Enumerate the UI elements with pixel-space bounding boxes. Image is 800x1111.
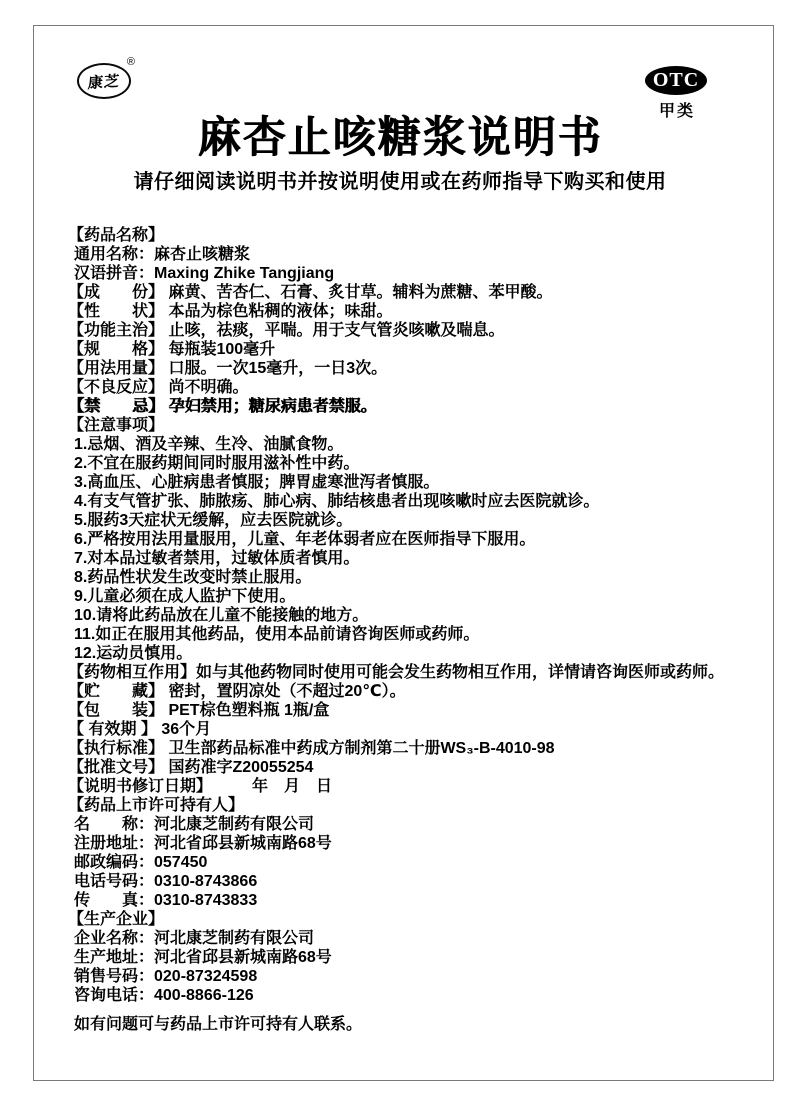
spec-line: 名 称：河北康芝制药有限公司 bbox=[68, 815, 744, 834]
otc-label: OTC bbox=[645, 66, 707, 95]
spec-line: 传 真：0310-8743833 bbox=[68, 891, 744, 910]
spec-line: 【成 份】 麻黄、苦杏仁、石膏、炙甘草。辅料为蔗糖、苯甲酸。 bbox=[68, 283, 744, 302]
spec-line: 销售号码：020-87324598 bbox=[68, 967, 744, 986]
spec-line: 【不良反应】 尚不明确。 bbox=[68, 378, 744, 397]
spec-line: 汉语拼音：Maxing Zhike Tangjiang bbox=[68, 264, 744, 283]
spec-line: 2.不宜在服药期间同时服用滋补性中药。 bbox=[68, 454, 744, 473]
spec-line: 【说明书修订日期】 年 月 日 bbox=[68, 777, 744, 796]
spec-line: 4.有支气管扩张、肺脓疡、肺心病、肺结核患者出现咳嗽时应去医院就诊。 bbox=[68, 492, 744, 511]
spec-line: 【注意事项】 bbox=[68, 416, 744, 435]
spec-line: 生产地址：河北省邱县新城南路68号 bbox=[68, 948, 744, 967]
spec-line: 【用法用量】 口服。一次15毫升，一日3次。 bbox=[68, 359, 744, 378]
spec-line: 9.儿童必须在成人监护下使用。 bbox=[68, 587, 744, 606]
page-subtitle: 请仔细阅读说明书并按说明使用或在药师指导下购买和使用 bbox=[0, 165, 800, 194]
spec-line: 【禁 忌】 孕妇禁用；糖尿病患者禁服。 bbox=[68, 397, 744, 416]
spec-line: 【包 装】 PET棕色塑料瓶 1瓶/盒 bbox=[68, 701, 744, 720]
spec-line: 【贮 藏】 密封，置阴凉处（不超过20℃）。 bbox=[68, 682, 744, 701]
spec-line: 电话号码：0310-8743866 bbox=[68, 872, 744, 891]
spec-line: 【批准文号】 国药准字Z20055254 bbox=[68, 758, 744, 777]
brand-logo-text: 康芝 bbox=[87, 69, 121, 92]
footer-note: 如有问题可与药品上市许可持有人联系。 bbox=[74, 1011, 362, 1034]
spec-line: 3.高血压、心脏病患者慎服；脾胃虚寒泄泻者慎服。 bbox=[68, 473, 744, 492]
spec-line: 8.药品性状发生改变时禁止服用。 bbox=[68, 568, 744, 587]
spec-line: 咨询电话：400-8866-126 bbox=[68, 986, 744, 1005]
spec-line: 【规 格】 每瓶装100毫升 bbox=[68, 340, 744, 359]
spec-line: 注册地址：河北省邱县新城南路68号 bbox=[68, 834, 744, 853]
spec-line: 6.严格按用法用量服用，儿童、年老体弱者应在医师指导下服用。 bbox=[68, 530, 744, 549]
spec-line: 1.忌烟、酒及辛辣、生冷、油腻食物。 bbox=[68, 435, 744, 454]
brand-logo: 康芝 ® bbox=[77, 63, 133, 103]
spec-line: 【药品上市许可持有人】 bbox=[68, 796, 744, 815]
brand-logo-ellipse: 康芝 bbox=[77, 63, 131, 99]
spec-line: 企业名称：河北康芝制药有限公司 bbox=[68, 929, 744, 948]
spec-line: 11.如正在服用其他药品，使用本品前请咨询医师或药师。 bbox=[68, 625, 744, 644]
spec-line: 【性 状】 本品为棕色粘稠的液体；味甜。 bbox=[68, 302, 744, 321]
spec-line: 【生产企业】 bbox=[68, 910, 744, 929]
spec-line: 5.服药3天症状无缓解，应去医院就诊。 bbox=[68, 511, 744, 530]
spec-line: 【功能主治】 止咳，祛痰，平喘。用于支气管炎咳嗽及喘息。 bbox=[68, 321, 744, 340]
spec-line: 【 有效期 】 36个月 bbox=[68, 720, 744, 739]
spec-line: 【药品名称】 bbox=[68, 226, 744, 245]
spec-line: 通用名称：麻杏止咳糖浆 bbox=[68, 245, 744, 264]
spec-line: 【药物相互作用】如与其他药物同时使用可能会发生药物相互作用，详情请咨询医师或药师… bbox=[68, 663, 744, 682]
page-title: 麻杏止咳糖浆说明书 bbox=[0, 104, 800, 165]
spec-line: 10.请将此药品放在儿童不能接触的地方。 bbox=[68, 606, 744, 625]
spec-line: 7.对本品过敏者禁用，过敏体质者慎用。 bbox=[68, 549, 744, 568]
body-lines: 【药品名称】通用名称：麻杏止咳糖浆汉语拼音：Maxing Zhike Tangj… bbox=[68, 226, 744, 1005]
spec-line: 12.运动员慎用。 bbox=[68, 644, 744, 663]
spec-line: 邮政编码：057450 bbox=[68, 853, 744, 872]
leaflet-page: 康芝 ® OTC 甲类 麻杏止咳糖浆说明书 请仔细阅读说明书并按说明使用或在药师… bbox=[0, 0, 800, 1111]
registered-trademark-icon: ® bbox=[127, 56, 135, 68]
spec-line: 【执行标准】 卫生部药品标准中药成方制剂第二十册WS₃-B-4010-98 bbox=[68, 739, 744, 758]
